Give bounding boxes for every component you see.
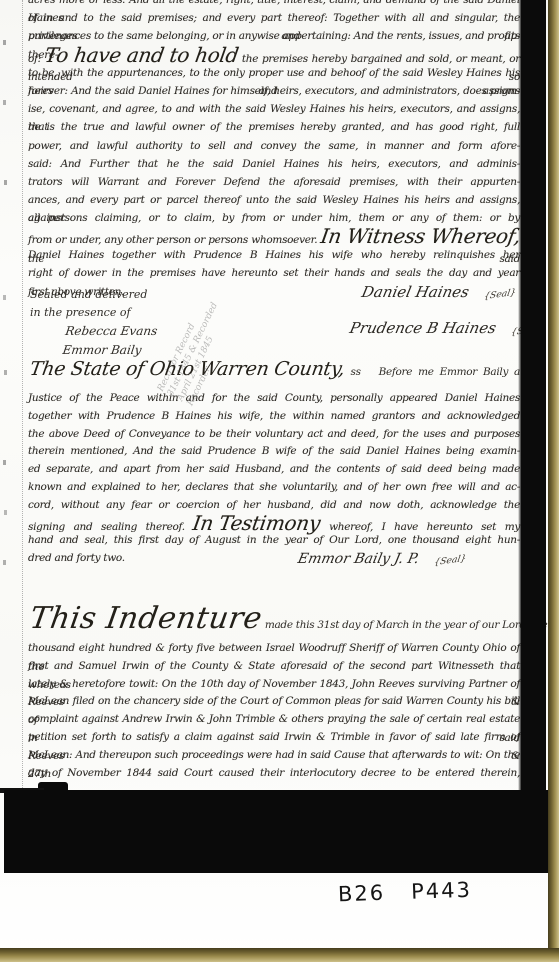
line-text: all persons claiming, or to claim, by fr… <box>28 212 520 224</box>
attestation: Sealed and deliveredin the presence of <box>30 286 147 322</box>
display-script: To have and to hold <box>43 46 239 64</box>
margin-rule <box>22 0 23 792</box>
text-line: lately & heretofore towit: On the 10th d… <box>28 675 520 693</box>
text-line: complaint against Andrew Irwin & John Tr… <box>28 710 520 728</box>
signature-name: Daniel Haines <box>360 283 471 301</box>
text-line: together with Prudence B Haines his wife… <box>28 407 520 425</box>
page-number: P443 <box>411 878 473 904</box>
text-line: McLean: And thereupon such proceedings w… <box>28 746 520 764</box>
line-text: of: <box>28 53 45 65</box>
seal-mark: {Seal} <box>433 554 467 568</box>
text-line: McLean filed on the chancery side of the… <box>28 692 520 710</box>
text-line: first and Samuel Irwin of the County & S… <box>28 657 520 675</box>
line-text: made this 31st day of March in the year … <box>262 619 548 631</box>
text-line: known and explained to her, declares tha… <box>28 478 520 496</box>
text-line: thousand eight hundred & forty five betw… <box>28 639 520 657</box>
grantor-wife-signature: Prudence B Haines{Seal} <box>348 319 545 337</box>
line-text: Daniel Haines together with Prudence B H… <box>28 249 520 261</box>
display-script: The State of Ohio Warren County, <box>28 358 346 380</box>
text-line: the above Deed of Conveyance to be their… <box>28 425 520 443</box>
text-line: forever: And the said Daniel Haines for … <box>28 82 520 100</box>
text-line: ed separate, and apart from her said Hus… <box>28 460 520 478</box>
line-text: forever: And the said Daniel Haines for … <box>28 85 520 97</box>
text-line: Justice of the Peace within and for the … <box>28 389 520 407</box>
line-text: known and explained to her, declares tha… <box>28 481 520 493</box>
line-text: together with Prudence B Haines his wife… <box>28 410 520 422</box>
text-line: day of November 1844 said Court caused t… <box>28 764 520 782</box>
archive-reference-label: B26 P443 <box>338 878 473 907</box>
text-line: trators will Warrant and Forever Defend … <box>28 173 520 191</box>
text-line: ise, covenant, and agree, to and with th… <box>28 100 520 118</box>
acknowledgment-heading: The State of Ohio Warren County, ss Befo… <box>30 358 520 382</box>
indenture-heading: This Indenture made this 31st day of Mar… <box>30 602 520 638</box>
text-line: therein mentioned, And the said Prudence… <box>28 442 520 460</box>
attestation-line: Sealed and delivered <box>30 286 147 304</box>
line-text: from or under, any other person or perso… <box>28 234 321 246</box>
line-text: cord, without any fear or coercion of he… <box>28 499 520 511</box>
signature-name: Emmor Baily J. P. <box>296 551 420 567</box>
line-text: hand and seal, this first day of August … <box>28 534 520 546</box>
display-script: This Indenture <box>27 602 264 636</box>
text-line: of in and to the said premises; and ever… <box>28 9 520 27</box>
text-line: right of dower in the premises have here… <box>28 264 520 282</box>
text-line: Daniel Haines together with Prudence B H… <box>28 246 520 264</box>
line-text: ss Before me Emmor Baily a <box>345 366 520 378</box>
display-script: In Witness Whereof, <box>319 227 521 245</box>
attestation-line: in the presence of <box>30 304 147 322</box>
text-line: ances, and every part or parcel thereof … <box>28 191 520 209</box>
display-script: In Testimony <box>192 514 322 532</box>
scan-edge-artifacts <box>3 40 6 45</box>
line-text: therein mentioned, And the said Prudence… <box>28 445 520 457</box>
grantor-signature: Daniel Haines{Seal} <box>360 283 518 301</box>
indenture-body: thousand eight hundred & forty five betw… <box>28 639 520 781</box>
seal-mark: {Seal} <box>483 288 517 302</box>
book-gutter-band-right <box>521 0 546 794</box>
text-line: signing and sealing thereof. In Testimon… <box>28 514 520 532</box>
line-text: said: And Further that he the said Danie… <box>28 158 520 170</box>
deed-body: acres more or less: And all the estate, … <box>28 0 520 282</box>
text-line: acres more or less: And all the estate, … <box>28 0 520 9</box>
line-text: he is the true and lawful owner of the p… <box>28 121 520 133</box>
acknowledgment-body: Justice of the Peace within and for the … <box>28 389 520 549</box>
line-text: power, and lawful authority to sell and … <box>28 140 520 152</box>
scanned-deed-page: acres more or less: And all the estate, … <box>0 0 559 962</box>
witness-name: Rebecca Evans <box>64 322 159 341</box>
book-number: B26 <box>338 881 386 907</box>
text-line: power, and lawful authority to sell and … <box>28 137 520 155</box>
line-text: the above Deed of Conveyance to be their… <box>28 428 520 440</box>
text-line: of: To have and to hold the premises her… <box>28 46 520 64</box>
text-line: from or under, any other person or perso… <box>28 227 520 245</box>
text-line: petition set forth to satisfy a claim ag… <box>28 728 520 746</box>
frame-border-bottom <box>0 948 559 962</box>
line-text: right of dower in the premises have here… <box>28 267 520 279</box>
line-text: Justice of the Peace within and for the … <box>28 392 520 404</box>
book-gutter-band-bottom <box>4 790 548 873</box>
text-line: said: And Further that he the said Danie… <box>28 155 520 173</box>
signature-name: Prudence B Haines <box>348 319 498 337</box>
line-text: trators will Warrant and Forever Defend … <box>28 176 520 188</box>
witness-signatures: Rebecca EvansEmmor Baily <box>61 322 158 360</box>
justice-signature: Emmor Baily J. P.{Seal} <box>296 551 467 567</box>
line-text: ed separate, and apart from her said Hus… <box>28 463 520 475</box>
frame-border-right <box>548 0 559 962</box>
text-line: he is the true and lawful owner of the p… <box>28 118 520 136</box>
